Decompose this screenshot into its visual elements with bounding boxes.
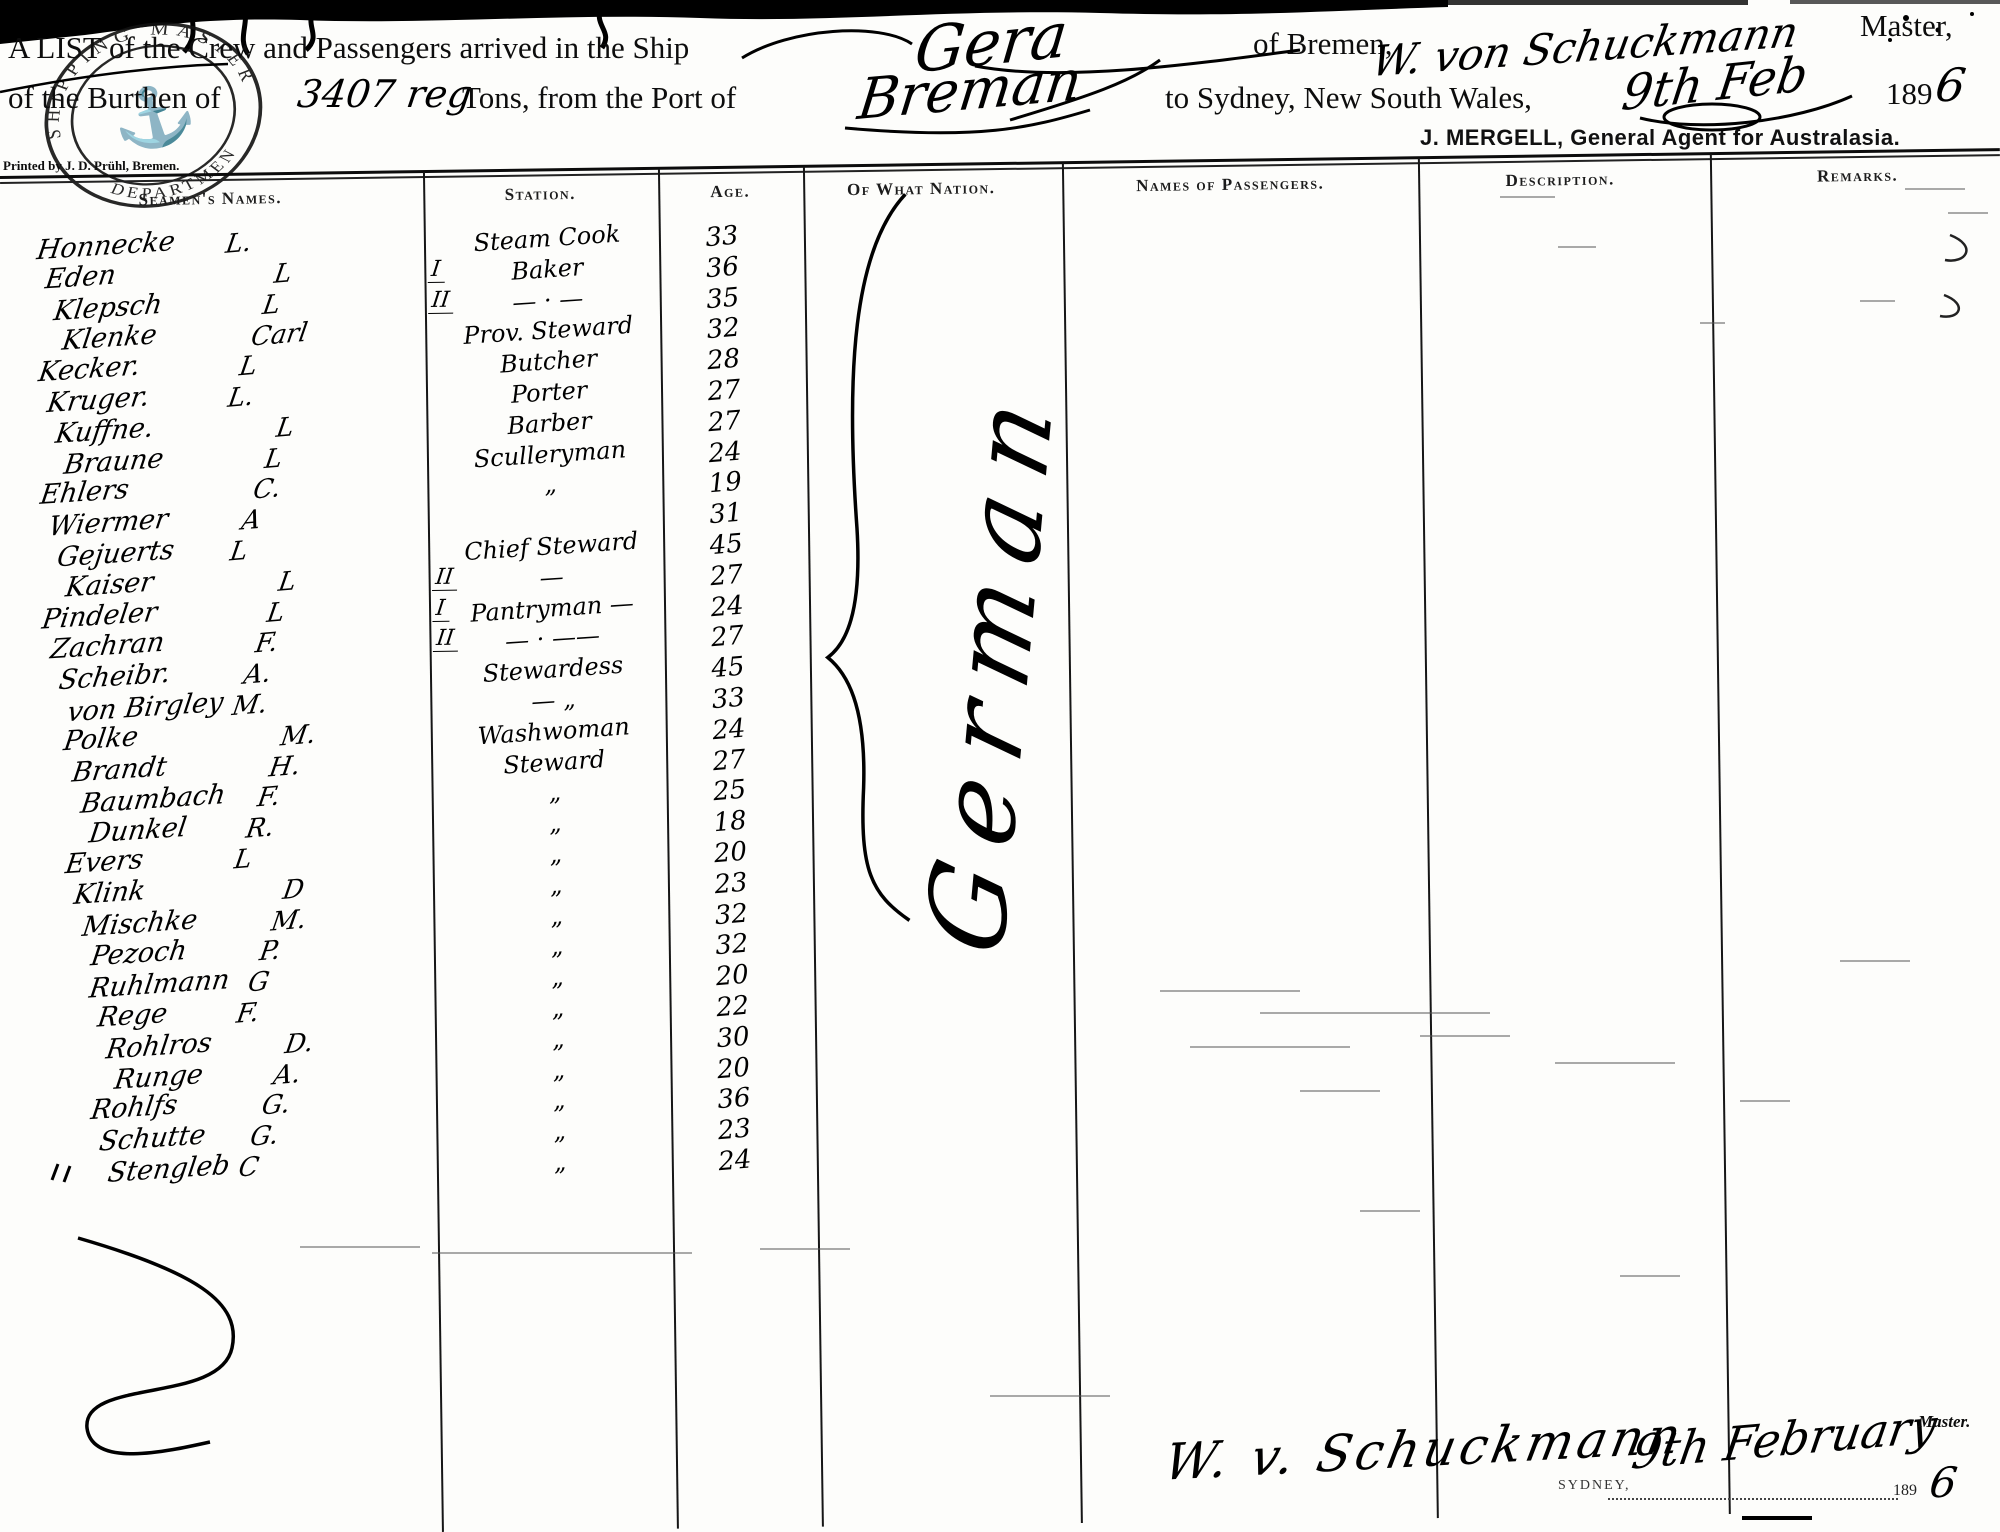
footer-year-printed: 189 bbox=[1893, 1482, 1917, 1500]
signature-dotted-line bbox=[1608, 1497, 1898, 1500]
place-printed: SYDNEY, bbox=[1558, 1478, 1630, 1494]
footer-master-label: Master. bbox=[1918, 1412, 1970, 1432]
scan-mark bbox=[1742, 1516, 1812, 1520]
ship-manifest-page: SHIPPING MASTER DEPARTMENT ⚓ A LIST of t… bbox=[0, 0, 2000, 1532]
